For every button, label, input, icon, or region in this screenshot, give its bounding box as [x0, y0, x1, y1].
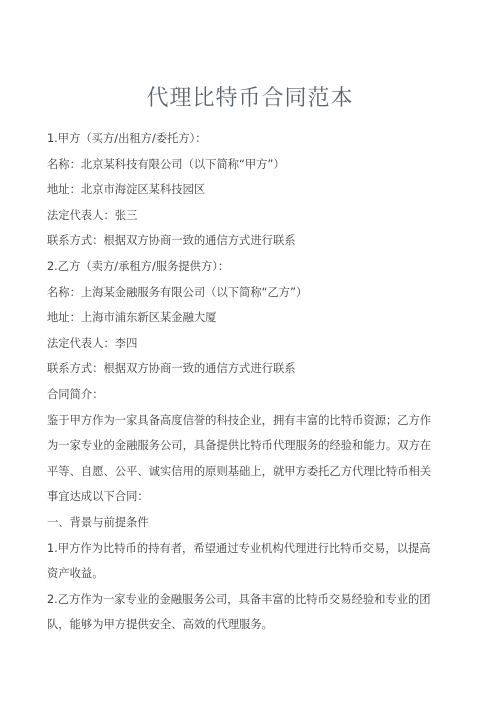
clause-1-line: 1.甲方作为比特币的持有者，希望通过专业机构代理进行比特币交易，以提高 — [47, 536, 467, 562]
party-b-representative: 法定代表人：李四 — [47, 331, 467, 357]
party-a-heading: 1.甲方（买方/出租方/委托方）： — [47, 126, 467, 152]
contract-intro-paragraph-line: 事宜达成以下合同： — [47, 484, 467, 510]
contract-intro-paragraph-line: 为一家专业的金融服务公司，具备提供比特币代理服务的经验和能力。双方在 — [47, 433, 467, 459]
document-page: 代理比特币合同范本 1.甲方（买方/出租方/委托方）： 名称：北京某科技有限公司… — [0, 0, 500, 707]
clause-2-line: 2.乙方作为一家专业的金融服务公司，具备丰富的比特币交易经验和专业的团 — [47, 587, 467, 613]
party-a-name: 名称：北京某科技有限公司（以下简称“甲方”） — [47, 152, 467, 178]
contract-intro-paragraph-line: 平等、自愿、公平、诚实信用的原则基础上，就甲方委托乙方代理比特币相关 — [47, 459, 467, 485]
contract-intro-heading: 合同简介： — [47, 382, 467, 408]
party-b-heading: 2.乙方（卖方/承租方/服务提供方）： — [47, 254, 467, 280]
party-b-address: 地址：上海市浦东新区某金融大厦 — [47, 305, 467, 331]
party-b-contact: 联系方式：根据双方协商一致的通信方式进行联系 — [47, 356, 467, 382]
party-a-representative: 法定代表人：张三 — [47, 203, 467, 229]
document-title: 代理比特币合同范本 — [0, 84, 500, 114]
contract-intro-paragraph-line: 鉴于甲方作为一家具备高度信誉的科技企业，拥有丰富的比特币资源；乙方作 — [47, 408, 467, 434]
party-a-contact: 联系方式：根据双方协商一致的通信方式进行联系 — [47, 228, 467, 254]
document-body: 1.甲方（买方/出租方/委托方）： 名称：北京某科技有限公司（以下简称“甲方”）… — [47, 126, 467, 638]
clause-1-line: 资产收益。 — [47, 561, 467, 587]
party-b-name: 名称：上海某金融服务有限公司（以下简称“乙方”） — [47, 280, 467, 306]
clause-2-line: 队，能够为甲方提供安全、高效的代理服务。 — [47, 612, 467, 638]
party-a-address: 地址：北京市海淀区某科技园区 — [47, 177, 467, 203]
section-1-heading: 一、背景与前提条件 — [47, 510, 467, 536]
